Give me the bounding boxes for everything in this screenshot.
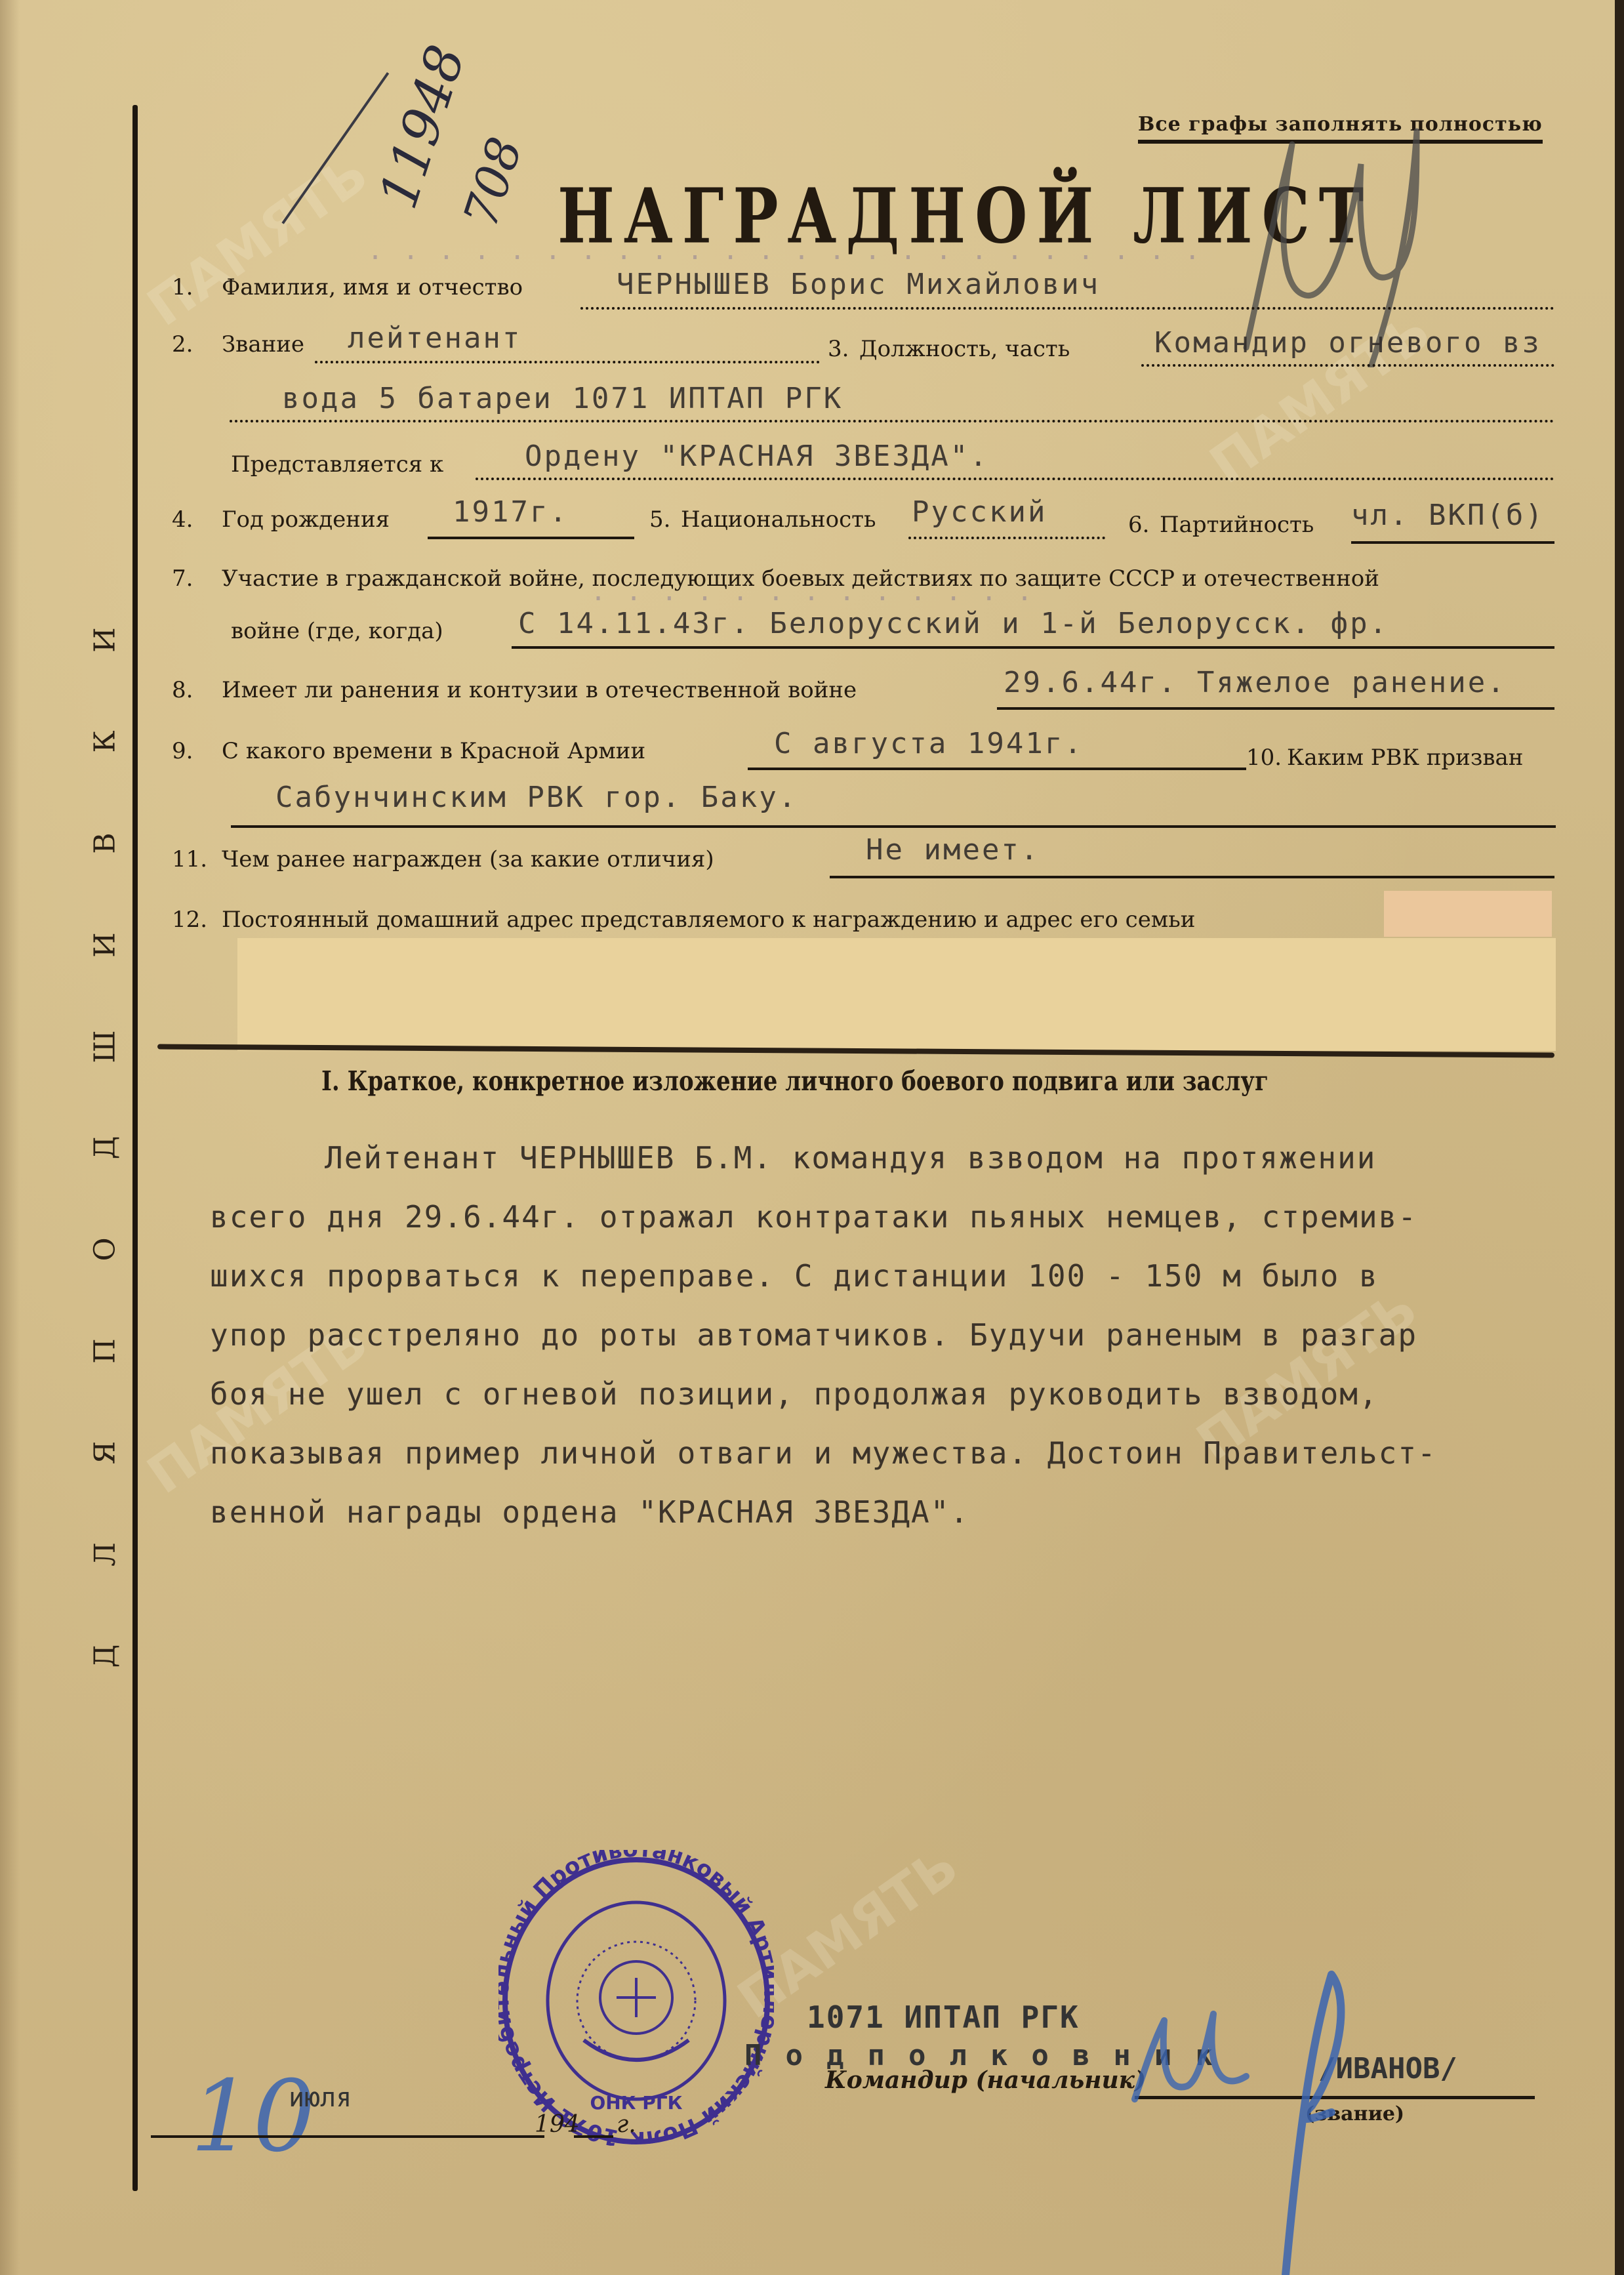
army-since-value: С августа 1941г. xyxy=(774,727,1084,760)
margin-letter: И xyxy=(89,932,122,957)
field-10-underline xyxy=(231,825,1556,828)
previous-awards-value: Не имеет. xyxy=(866,833,1040,867)
rank-value: лейтенант xyxy=(348,321,521,355)
margin-letter: Л xyxy=(89,1542,122,1567)
narrative-line: Лейтенант ЧЕРНЫШЕВ Б.М. командуя взводом… xyxy=(210,1128,1607,1187)
margin-letter: Ш xyxy=(89,1030,122,1063)
narrative-line: всего дня 29.6.44г. отражал контратаки п… xyxy=(210,1187,1607,1246)
binding-margin-label: Д Л Я П О Д Ш И В К И xyxy=(85,623,125,1673)
margin-letter: П xyxy=(89,1339,122,1364)
field-label: Национальность xyxy=(681,506,876,533)
narrative-line: боя не ушел с огневой позиции, продолжая… xyxy=(210,1364,1607,1424)
field-number: 11. xyxy=(172,846,222,872)
field-number: 12. xyxy=(172,907,222,933)
date-month: июля xyxy=(289,2083,352,2113)
date-year-suffix: г. xyxy=(617,2111,636,2138)
field-label: Постоянный домашний адрес представляемог… xyxy=(222,907,1195,933)
field-9-underline xyxy=(748,768,1246,770)
field-8-underline xyxy=(997,707,1554,710)
field-3-underline-2 xyxy=(230,420,1554,422)
date-line xyxy=(151,2135,544,2138)
narrative-line: шихся прорваться к переправе. С дистанци… xyxy=(210,1246,1607,1305)
field-label: Имеет ли ранения и контузии в отечествен… xyxy=(222,677,857,703)
field-number: 8. xyxy=(172,677,222,703)
seal-inner-text: ОНК РГК xyxy=(590,2092,682,2114)
field-label: Чем ранее награжден (за какие отличия) xyxy=(222,846,714,872)
paper-edge-shadow xyxy=(0,0,20,2275)
margin-letter: Д xyxy=(89,1645,122,1668)
field-3-underline xyxy=(1141,364,1554,367)
field-number: 7. xyxy=(172,565,222,592)
margin-letter: И xyxy=(89,627,122,652)
award-value: Ордену "КРАСНАЯ ЗВЕЗДА". xyxy=(525,440,989,473)
field-label: Каким РВК призван xyxy=(1287,745,1523,771)
field-7-underline xyxy=(512,646,1554,649)
field-number: 10. xyxy=(1246,745,1287,771)
margin-letter: В xyxy=(89,832,122,853)
section-heading: I. Краткое, конкретное изложение личного… xyxy=(321,1066,1269,1097)
date-year-line xyxy=(574,2135,613,2138)
field-number: 6. xyxy=(1128,512,1160,538)
position-value-line-1: Командир огневого вз xyxy=(1154,326,1541,359)
birth-year-value: 1917г. xyxy=(453,495,569,529)
field-label: С какого времени в Красной Армии xyxy=(222,738,645,764)
faint-stamp-text: · · · · · · · · · · · · · · · · · · · · … xyxy=(367,243,1202,273)
narrative-line: венной награды ордена "КРАСНАЯ ЗВЕЗДА". xyxy=(210,1483,1607,1542)
field-4-underline xyxy=(428,537,634,539)
feat-description: Лейтенант ЧЕРНЫШЕВ Б.М. командуя взводом… xyxy=(210,1128,1607,1542)
field-1-underline xyxy=(580,307,1554,310)
field-6-underline xyxy=(1351,541,1554,544)
margin-letter: Я xyxy=(88,1441,121,1465)
field-label: Год рождения xyxy=(222,506,390,533)
field-number: 2. xyxy=(172,331,222,358)
date-year-prefix: 194 xyxy=(535,2111,580,2138)
field-label: Звание xyxy=(222,331,304,358)
binding-margin-line xyxy=(132,105,138,2191)
draft-office-value: Сабунчинским РВК гор. Баку. xyxy=(275,781,798,814)
presented-underline xyxy=(476,478,1554,480)
redaction-box-address xyxy=(237,938,1556,1051)
narrative-line: показывая пример личной отваги и мужеств… xyxy=(210,1424,1607,1483)
signatory-unit: 1071 ИПТАП РГК xyxy=(807,1999,1080,2035)
field-11-underline xyxy=(830,876,1554,878)
field-label: Представляется к xyxy=(231,451,443,478)
field-2-underline xyxy=(315,361,820,363)
field-label: Фамилия, имя и отчество xyxy=(222,274,523,300)
field-number: 1. xyxy=(172,274,222,300)
field-12-row: 12.Постоянный домашний адрес представляе… xyxy=(172,907,1558,933)
field-number: 9. xyxy=(172,738,222,764)
narrative-line: упор расстреляно до роты автоматчиков. Б… xyxy=(210,1305,1607,1364)
field-11-row: 11.Чем ранее награжден (за какие отличия… xyxy=(172,846,1558,872)
regimental-seal-icon: 1071 Истребительный Противотанковый Арти… xyxy=(498,1850,774,2152)
field-number: 4. xyxy=(172,506,222,533)
margin-letter: О xyxy=(88,1238,121,1261)
commander-label: Командир (начальник) xyxy=(825,2066,1146,2094)
scan-edge xyxy=(1615,0,1624,2275)
field-label: Партийность xyxy=(1160,512,1314,538)
position-value-line-2: вода 5 батареи 1071 ИПТАП РГК xyxy=(282,382,843,415)
field-number: 5. xyxy=(649,506,681,533)
party-value: чл. ВКП(б) xyxy=(1351,499,1545,532)
date-day-handwritten: 10 xyxy=(190,2060,315,2174)
redaction-box xyxy=(1384,891,1552,937)
field-label: войне (где, когда) xyxy=(231,618,443,644)
field-10-row: 10.Каким РВК призван xyxy=(1246,745,1558,771)
commander-signature-icon xyxy=(1115,1961,1456,2275)
margin-letter: К xyxy=(89,730,122,752)
margin-letter: Д xyxy=(89,1136,122,1160)
field-5-underline xyxy=(908,537,1105,539)
nationality-value: Русский xyxy=(912,495,1047,529)
wounds-value: 29.6.44г. Тяжелое ранение. xyxy=(1004,666,1507,699)
faint-stamp-text: · · · · · · · · · · · · · xyxy=(590,584,1034,614)
field-label: Должность, часть xyxy=(859,336,1070,362)
field-number: 3. xyxy=(828,336,859,362)
